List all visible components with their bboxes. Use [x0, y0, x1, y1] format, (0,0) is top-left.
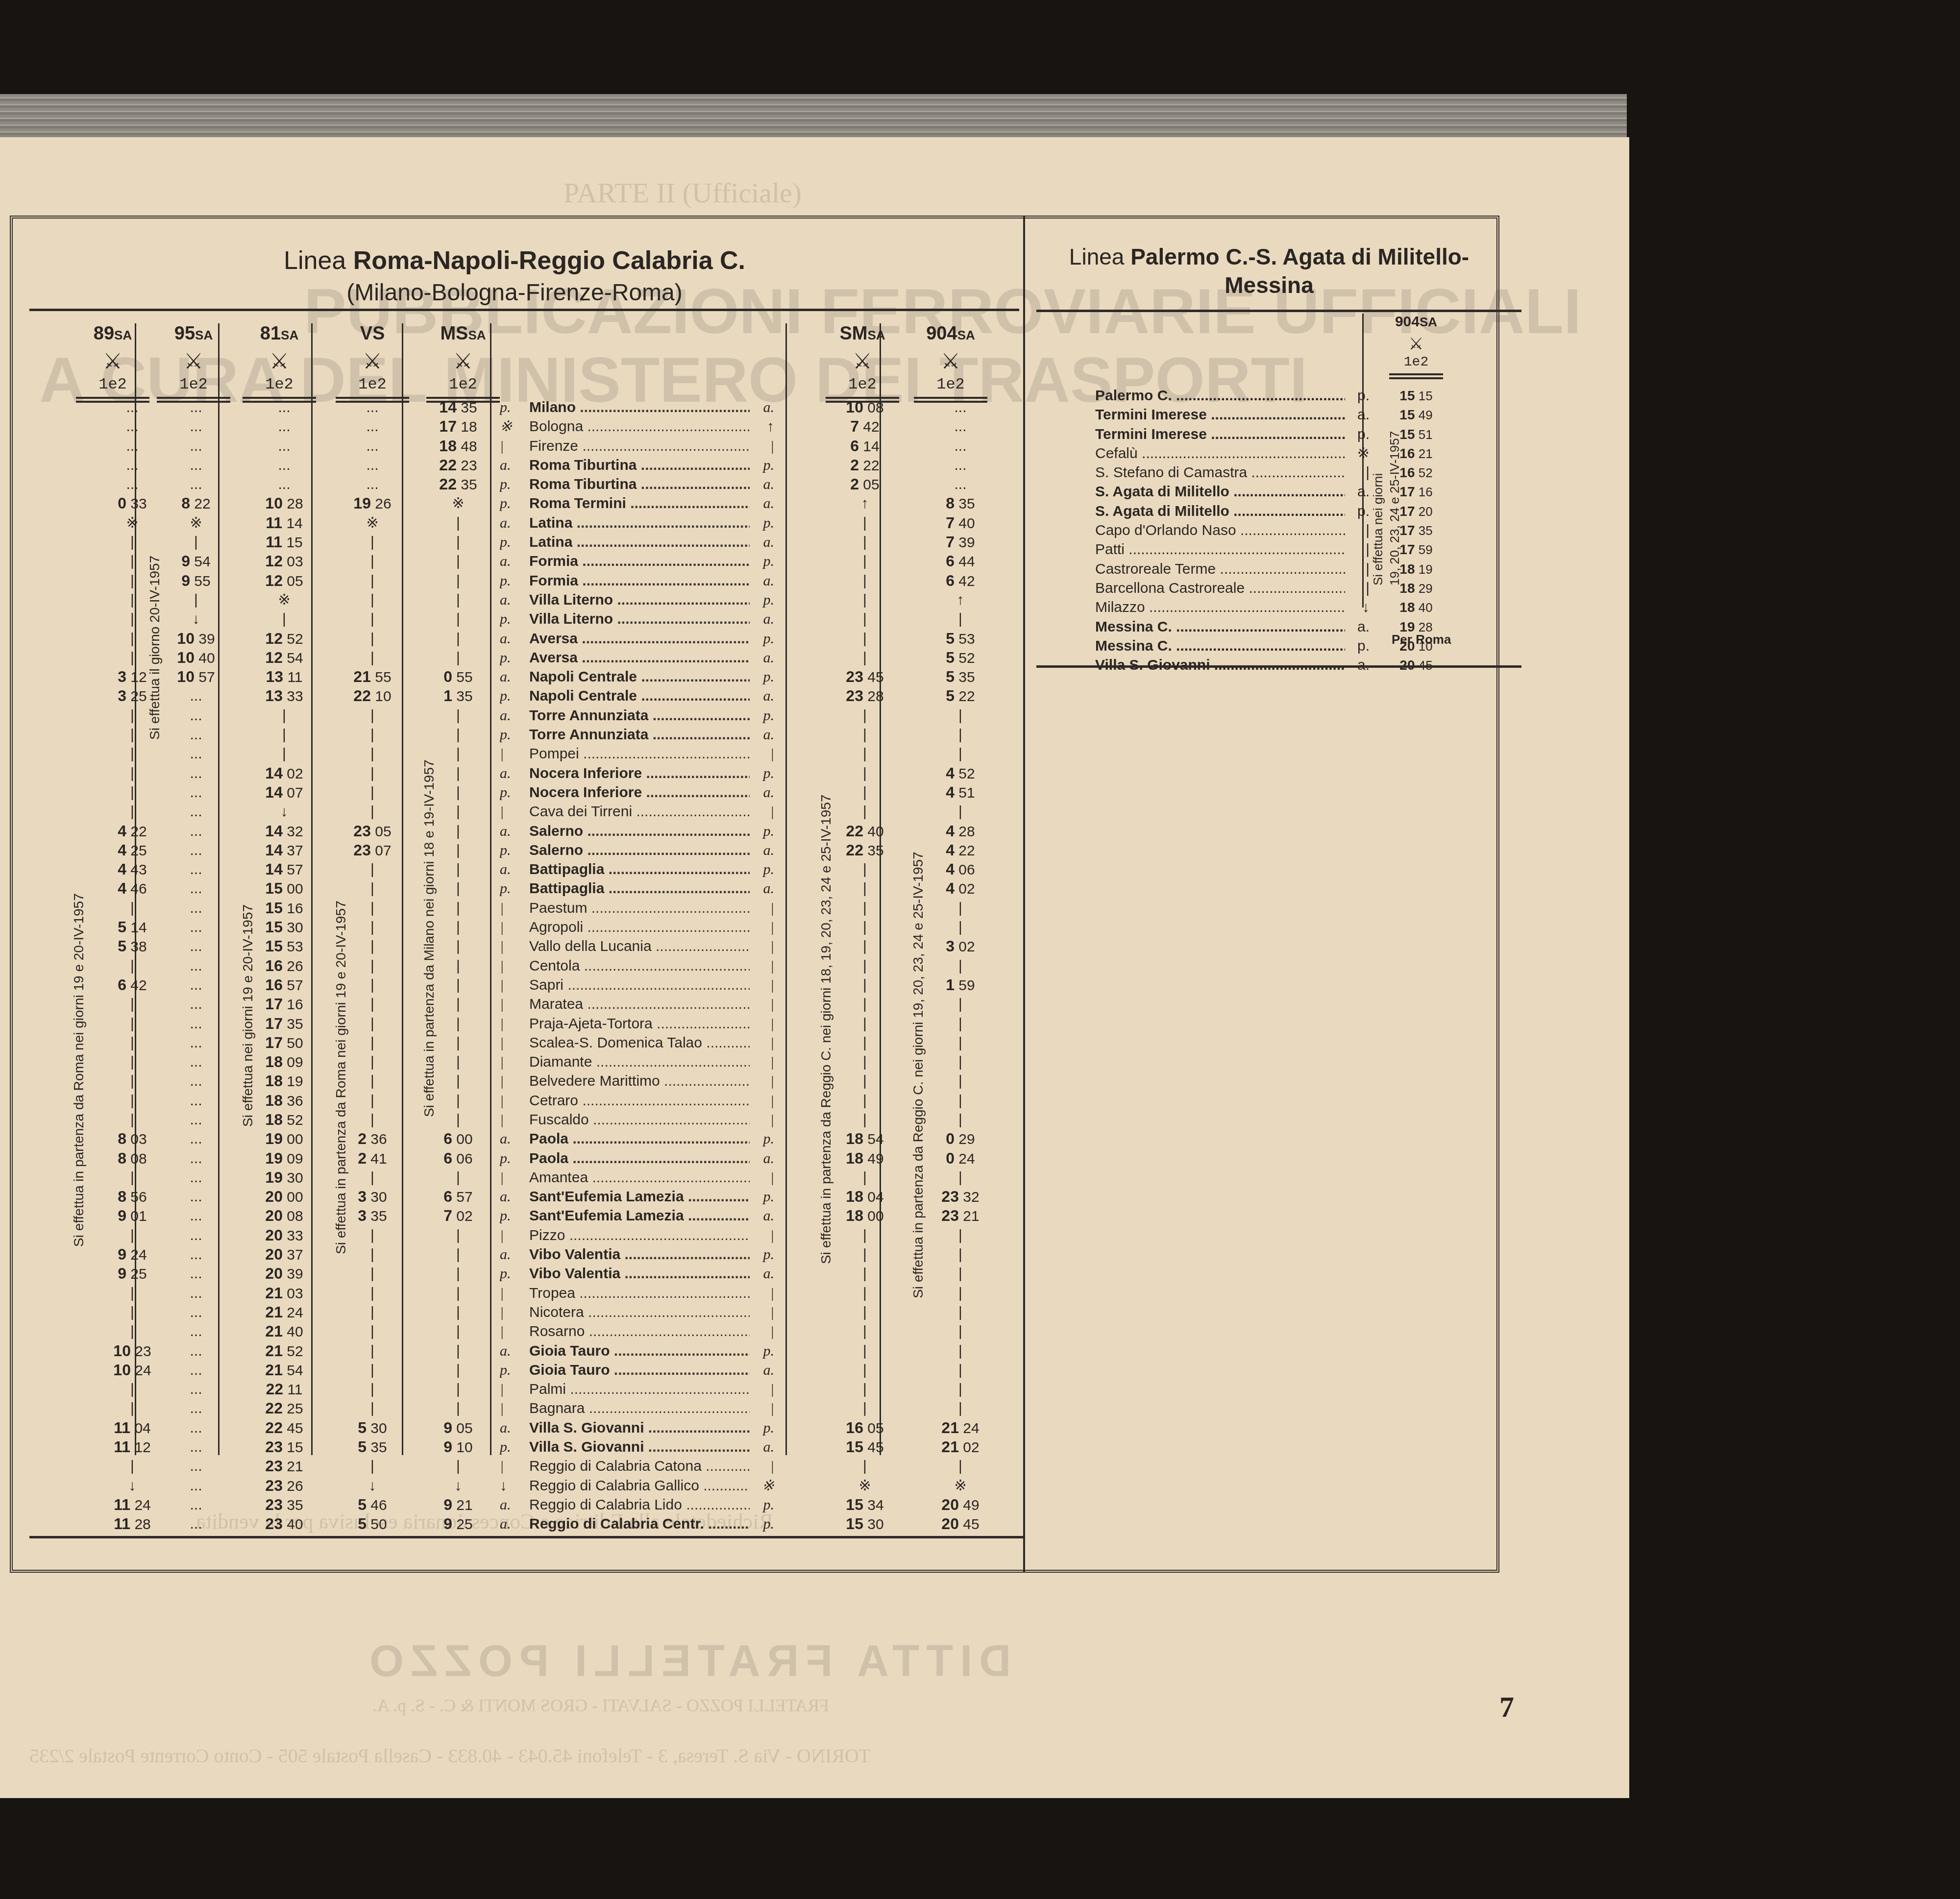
- times-vs: ...............19 26※|||||||21 5522 10||…: [323, 398, 421, 1534]
- time-cell: 16 26: [235, 956, 333, 975]
- arrival-departure-mark: |: [750, 1110, 774, 1129]
- arrival-departure-mark: p.: [500, 1437, 529, 1457]
- time-cell: |: [409, 822, 507, 841]
- station-name: Barcellona Castroreale: [1095, 579, 1345, 598]
- train-column-81sa: 81SA ⚔ 1e2: [230, 323, 328, 407]
- time-cell: ...: [147, 398, 245, 417]
- book-page-edges: [0, 94, 1627, 138]
- ghost-footer-company: DITTA FRATELLI POZZO: [363, 1636, 1011, 1687]
- time-cell: ...: [235, 437, 333, 456]
- time-cell: |: [409, 783, 507, 802]
- station-name: Castroreale Terme: [1095, 560, 1345, 579]
- station-name: Sapri: [529, 975, 750, 995]
- arrival-departure-mark: |: [1345, 521, 1370, 540]
- station-list: p.Milanoa.※Bologna↑|Firenze|a.Roma Tibur…: [500, 398, 774, 1534]
- arrival-departure-mark: |: [500, 1284, 529, 1303]
- station-name: S. Agata di Militello: [1095, 502, 1345, 521]
- station-row: ※Bologna↑: [500, 417, 774, 436]
- time-cell: |: [409, 1399, 507, 1418]
- time-cell: |: [409, 1322, 507, 1341]
- time-cell: 15 16: [235, 899, 333, 918]
- arrival-departure-mark: |: [750, 1033, 774, 1052]
- arrival-departure-mark: a.: [1345, 482, 1370, 501]
- time-cell: 18 36: [235, 1091, 333, 1110]
- time-cell: 6 42: [911, 571, 1009, 590]
- station-row: p.Salernoa.: [500, 841, 774, 860]
- arrival-departure-mark: p.: [750, 513, 774, 533]
- time-cell: 5 50: [323, 1514, 421, 1534]
- time-cell: 18 49: [816, 1149, 914, 1168]
- arrival-departure-mark: p.: [750, 860, 774, 879]
- time-cell: 2 41: [323, 1149, 421, 1168]
- station-row: |Bagnara|: [500, 1399, 774, 1418]
- time-cell: |: [911, 1071, 1009, 1091]
- time-cell: |: [911, 918, 1009, 937]
- arrival-departure-mark: p.: [500, 879, 529, 898]
- title-line-name-1: Palermo C.-S. Agata di Militello-: [1130, 244, 1469, 269]
- arrival-departure-mark: |: [500, 1052, 529, 1071]
- arrival-departure-mark: p.: [500, 571, 529, 590]
- station-row: p.Napoli Centralea.: [500, 686, 774, 706]
- station-row: a.Reggio di Calabria Lidop.: [500, 1495, 774, 1514]
- time-cell: ...: [147, 1245, 245, 1264]
- train-column-vs: VS ⚔ 1e2: [323, 323, 421, 407]
- time-cell: ...: [147, 1264, 245, 1283]
- sleeper-couchette-icon: ⚔: [1382, 333, 1450, 355]
- time-cell: |: [816, 1226, 914, 1245]
- time-cell: ※: [816, 1476, 914, 1495]
- time-cell: |: [409, 1380, 507, 1399]
- station-row: p.Vibo Valentiaa.: [500, 1264, 774, 1283]
- time-cell: 19 30: [235, 1168, 333, 1187]
- arrival-departure-mark: ※: [1345, 444, 1370, 463]
- arrival-departure-mark: a.: [750, 475, 774, 494]
- station-name: Scalea-S. Domenica Talao: [529, 1033, 750, 1052]
- time-cell: 9 05: [409, 1418, 507, 1437]
- station-name: Nicotera: [529, 1303, 750, 1322]
- station-name: Bologna: [529, 417, 750, 436]
- time-cell: |: [911, 899, 1009, 918]
- time-cell: 5 35: [323, 1437, 421, 1457]
- station-name: Palmi: [529, 1380, 750, 1399]
- arrival-departure-mark: a.: [500, 629, 529, 648]
- time-cell: 17 16: [1387, 482, 1445, 501]
- station-row: a.Reggio di Calabria Centr.p.: [500, 1514, 774, 1534]
- time-cell: ...: [147, 1457, 245, 1476]
- station-row: S. Stefano di Camastra|: [1095, 463, 1370, 482]
- time-cell: ↓: [147, 609, 245, 629]
- time-cell: 23 07: [323, 841, 421, 860]
- arrival-departure-mark: a.: [750, 1264, 774, 1283]
- arrival-departure-mark: |: [500, 802, 529, 821]
- arrival-departure-mark: a.: [500, 1129, 529, 1148]
- time-cell: 0 55: [409, 667, 507, 686]
- times-95sa: ...............8 22※|9 549 55|↓10 3910 4…: [147, 398, 245, 1534]
- time-cell: ...: [323, 417, 421, 436]
- time-cell: 4 02: [911, 879, 1009, 898]
- time-cell: 14 35: [409, 398, 507, 417]
- time-cell: 17 20: [1387, 502, 1445, 521]
- time-cell: ...: [147, 764, 245, 783]
- time-cell: 22 45: [235, 1418, 333, 1437]
- arrival-departure-mark: |: [750, 1380, 774, 1399]
- time-cell: 9 25: [409, 1514, 507, 1534]
- time-cell: ...: [147, 899, 245, 918]
- station-name: Maratea: [529, 995, 750, 1014]
- ghost-header: PARTE II (Ufficiale): [563, 176, 802, 209]
- station-row: |Cetraro|: [500, 1091, 774, 1110]
- arrival-departure-mark: p.: [750, 764, 774, 783]
- time-cell: |: [323, 1341, 421, 1361]
- arrival-departure-mark: |: [750, 1303, 774, 1322]
- station-row: a.Paolap.: [500, 1129, 774, 1148]
- left-table-subtitle: (Milano-Bologna-Firenze-Roma): [147, 279, 882, 306]
- time-cell: ...: [323, 398, 421, 417]
- time-cell: 16 57: [235, 975, 333, 995]
- time-cell: |: [816, 860, 914, 879]
- arrival-departure-mark: |: [750, 744, 774, 763]
- station-row: Termini Imeresea.: [1095, 405, 1370, 424]
- time-cell: 23 28: [816, 686, 914, 706]
- station-row: a.Roma Tiburtinap.: [500, 456, 774, 475]
- times-mssa: 14 3517 1818 4822 2322 35※||||||||0 551 …: [409, 398, 507, 1534]
- time-cell: 4 51: [911, 783, 1009, 802]
- time-cell: ...: [147, 1091, 245, 1110]
- station-name: Villa S. Giovanni: [529, 1437, 750, 1457]
- arrival-departure-mark: a.: [500, 822, 529, 841]
- station-name: Gioia Tauro: [529, 1341, 750, 1361]
- arrival-departure-mark: p.: [1345, 636, 1370, 656]
- time-cell: 18 29: [1387, 579, 1445, 598]
- time-cell: ...: [147, 1129, 245, 1148]
- left-table-title: Linea Roma-Napoli-Reggio Calabria C.: [147, 245, 882, 276]
- time-cell: 14 57: [235, 860, 333, 879]
- arrival-departure-mark: p.: [500, 475, 529, 494]
- time-cell: |: [911, 725, 1009, 744]
- time-cell: |: [911, 1033, 1009, 1052]
- time-cell: |: [816, 937, 914, 956]
- time-cell: |: [409, 1033, 507, 1052]
- train-number: 95: [174, 323, 195, 344]
- time-cell: ...: [147, 1399, 245, 1418]
- time-cell: 4 28: [911, 822, 1009, 841]
- time-cell: |: [323, 725, 421, 744]
- time-cell: |: [911, 1264, 1009, 1283]
- arrival-departure-mark: |: [500, 1303, 529, 1322]
- station-row: |Praja-Ajeta-Tortora|: [500, 1014, 774, 1033]
- time-cell: 23 21: [235, 1457, 333, 1476]
- time-cell: |: [816, 1399, 914, 1418]
- time-cell: ※: [409, 494, 507, 513]
- station-name: Diamante: [529, 1052, 750, 1071]
- station-name: Villa Literno: [529, 609, 750, 629]
- ghost-footer-sub: FRATELLI POZZO - SALVATI - GROS MONTI & …: [372, 1695, 829, 1716]
- title-line-name: Roma-Napoli-Reggio Calabria C.: [353, 246, 745, 275]
- arrival-departure-mark: |: [500, 1399, 529, 1418]
- time-cell: 15 00: [235, 879, 333, 898]
- time-cell: 21 24: [235, 1303, 333, 1322]
- time-cell: 23 32: [911, 1187, 1009, 1206]
- header-rule: [29, 309, 1019, 311]
- arrival-departure-mark: |: [500, 918, 529, 937]
- station-name: Formia: [529, 552, 750, 571]
- station-name: Reggio di Calabria Catona: [529, 1457, 750, 1476]
- arrival-departure-mark: |: [500, 1033, 529, 1052]
- station-name: Paestum: [529, 899, 750, 918]
- time-cell: ...: [147, 937, 245, 956]
- sleeper-couchette-icon: ⚔: [145, 348, 243, 375]
- time-cell: |: [323, 1071, 421, 1091]
- arrival-departure-mark: |: [750, 1457, 774, 1476]
- arrival-departure-mark: a.: [750, 879, 774, 898]
- class-label: 1e2: [813, 375, 911, 395]
- time-cell: 18 00: [816, 1206, 914, 1225]
- time-cell: ...: [147, 1206, 245, 1225]
- time-cell: |: [409, 629, 507, 648]
- train-column-smsa: SMSA ⚔ 1e2: [813, 323, 911, 407]
- station-name: Gioia Tauro: [529, 1361, 750, 1380]
- arrival-departure-mark: ↑: [750, 417, 774, 436]
- time-cell: |: [323, 533, 421, 552]
- time-cell: 18 19: [1387, 560, 1445, 579]
- time-cell: ...: [147, 1476, 245, 1495]
- station-name: Reggio di Calabria Lido: [529, 1495, 750, 1514]
- station-name: Centola: [529, 956, 750, 975]
- time-cell: |: [816, 802, 914, 821]
- time-cell: 20 33: [235, 1226, 333, 1245]
- time-cell: |: [816, 629, 914, 648]
- station-name: Salerno: [529, 822, 750, 841]
- station-name: Salerno: [529, 841, 750, 860]
- time-cell: |: [323, 1110, 421, 1129]
- station-row: |Maratea|: [500, 995, 774, 1014]
- station-row: a.Napoli Centralep.: [500, 667, 774, 686]
- time-cell: 22 25: [235, 1399, 333, 1418]
- sicily-station-list: Palermo C.p.Termini Imeresea.Termini Ime…: [1095, 386, 1370, 675]
- arrival-departure-mark: a.: [750, 783, 774, 802]
- time-cell: |: [816, 764, 914, 783]
- time-cell: 10 08: [816, 398, 914, 417]
- station-name: Reggio di Calabria Centr.: [529, 1514, 750, 1534]
- time-cell: |: [911, 1380, 1009, 1399]
- time-cell: 7 40: [911, 513, 1009, 533]
- time-cell: 18 19: [235, 1071, 333, 1091]
- time-cell: |: [323, 1033, 421, 1052]
- time-cell: |: [409, 1226, 507, 1245]
- time-cell: 14 07: [235, 783, 333, 802]
- time-cell: |: [816, 1033, 914, 1052]
- time-cell: 3 02: [911, 937, 1009, 956]
- time-cell: |: [816, 533, 914, 552]
- time-cell: |: [323, 629, 421, 648]
- time-cell: |: [147, 590, 245, 609]
- time-cell: |: [409, 918, 507, 937]
- arrival-departure-mark: |: [1345, 540, 1370, 559]
- station-name: Nocera Inferiore: [529, 783, 750, 802]
- time-cell: 18 48: [409, 437, 507, 456]
- time-cell: |: [816, 706, 914, 725]
- arrival-departure-mark: a.: [500, 1187, 529, 1206]
- time-cell: |: [816, 1014, 914, 1033]
- station-row: p.Latinaa.: [500, 533, 774, 552]
- station-row: a.Latinap.: [500, 513, 774, 533]
- station-name: Battipaglia: [529, 860, 750, 879]
- station-name: Napoli Centrale: [529, 686, 750, 706]
- time-cell: |: [323, 571, 421, 590]
- time-cell: 17 59: [1387, 540, 1445, 559]
- time-cell: |: [816, 956, 914, 975]
- time-cell: ...: [911, 437, 1009, 456]
- station-row: p.Roma Tiburtinaa.: [500, 475, 774, 494]
- station-row: S. Agata di Militelloa.: [1095, 482, 1370, 501]
- time-cell: ...: [147, 744, 245, 763]
- arrival-departure-mark: ↓: [1345, 598, 1370, 617]
- arrival-departure-mark: a.: [750, 1437, 774, 1457]
- time-cell: |: [816, 1071, 914, 1091]
- station-row: |Fuscaldo|: [500, 1110, 774, 1129]
- time-cell: 7 02: [409, 1206, 507, 1225]
- train-suffix: SA: [1420, 315, 1437, 329]
- station-row: a.Gioia Taurop.: [500, 1341, 774, 1361]
- arrival-departure-mark: a.: [750, 841, 774, 860]
- arrival-departure-mark: a.: [500, 1495, 529, 1514]
- time-cell: |: [409, 552, 507, 571]
- time-cell: |: [409, 1303, 507, 1322]
- time-cell: ...: [147, 1303, 245, 1322]
- time-cell: |: [409, 1168, 507, 1187]
- time-cell: |: [409, 975, 507, 995]
- station-row: a.Villa S. Giovannip.: [500, 1418, 774, 1437]
- arrival-departure-mark: a.: [500, 1245, 529, 1264]
- background-dark: [1629, 0, 1960, 1899]
- arrival-departure-mark: p.: [500, 609, 529, 629]
- time-cell: 9 54: [147, 552, 245, 571]
- arrival-departure-mark: p.: [750, 1514, 774, 1534]
- station-name: Pizzo: [529, 1226, 750, 1245]
- time-cell: |: [323, 1014, 421, 1033]
- time-cell: 2 36: [323, 1129, 421, 1148]
- arrival-departure-mark: |: [500, 937, 529, 956]
- time-cell: |: [323, 590, 421, 609]
- station-row: p.Formiaa.: [500, 571, 774, 590]
- time-cell: 18 52: [235, 1110, 333, 1129]
- arrival-departure-mark: a.: [500, 456, 529, 475]
- time-cell: |: [911, 1014, 1009, 1033]
- time-cell: 21 54: [235, 1361, 333, 1380]
- arrival-departure-mark: p.: [500, 1149, 529, 1168]
- time-cell: |: [409, 1457, 507, 1476]
- arrival-departure-mark: |: [750, 956, 774, 975]
- time-cell: ...: [323, 475, 421, 494]
- time-cell: |: [911, 1245, 1009, 1264]
- station-name: Termini Imerese: [1095, 405, 1345, 424]
- arrival-departure-mark: |: [750, 1052, 774, 1071]
- time-cell: ...: [147, 1322, 245, 1341]
- station-row: Cefalù※: [1095, 444, 1370, 463]
- arrival-departure-mark: a.: [500, 1514, 529, 1534]
- time-cell: 9 21: [409, 1495, 507, 1514]
- arrival-departure-mark: p.: [1345, 386, 1370, 405]
- time-cell: ※: [323, 513, 421, 533]
- time-cell: |: [409, 1245, 507, 1264]
- time-cell: |: [816, 1110, 914, 1129]
- time-cell: ...: [147, 1226, 245, 1245]
- arrival-departure-mark: a.: [750, 648, 774, 667]
- time-cell: 17 35: [1387, 521, 1445, 540]
- time-cell: |: [235, 725, 333, 744]
- time-cell: |: [816, 1457, 914, 1476]
- time-cell: |: [323, 860, 421, 879]
- double-rule: [1389, 373, 1443, 379]
- station-row: p.Roma Terminia.: [500, 494, 774, 513]
- station-row: Messina C.a.: [1095, 617, 1370, 636]
- station-row: Milazzo↓: [1095, 598, 1370, 617]
- time-cell: 19 09: [235, 1149, 333, 1168]
- time-cell: ↓: [235, 802, 333, 821]
- class-label: 1e2: [902, 375, 1000, 395]
- arrival-departure-mark: a.: [500, 860, 529, 879]
- time-cell: |: [323, 956, 421, 975]
- time-cell: |: [816, 995, 914, 1014]
- time-cell: 12 05: [235, 571, 333, 590]
- time-cell: 15 45: [816, 1437, 914, 1457]
- time-cell: |: [323, 744, 421, 763]
- time-cell: |: [323, 1245, 421, 1264]
- per-roma-label: Per Roma: [1392, 632, 1451, 647]
- time-cell: ...: [147, 1341, 245, 1361]
- time-cell: 10 57: [147, 667, 245, 686]
- time-cell: |: [323, 1226, 421, 1245]
- table-bottom-rule: [29, 1536, 1024, 1538]
- time-cell: ...: [147, 417, 245, 436]
- time-cell: |: [816, 1052, 914, 1071]
- time-cell: ...: [235, 417, 333, 436]
- station-row: |Amantea|: [500, 1168, 774, 1187]
- time-cell: ...: [911, 398, 1009, 417]
- arrival-departure-mark: |: [750, 975, 774, 995]
- arrival-departure-mark: p.: [500, 1206, 529, 1225]
- time-cell: ...: [147, 1052, 245, 1071]
- time-cell: 11 15: [235, 533, 333, 552]
- time-cell: |: [323, 899, 421, 918]
- station-row: |Nicotera|: [500, 1303, 774, 1322]
- time-cell: 23 21: [911, 1206, 1009, 1225]
- arrival-departure-mark: |: [1345, 560, 1370, 579]
- arrival-departure-mark: |: [750, 437, 774, 456]
- time-cell: |: [816, 1245, 914, 1264]
- arrival-departure-mark: a.: [500, 1341, 529, 1361]
- arrival-departure-mark: |: [750, 1014, 774, 1033]
- station-name: Sant'Eufemia Lamezia: [529, 1187, 750, 1206]
- time-cell: |: [409, 995, 507, 1014]
- time-cell: |: [323, 1091, 421, 1110]
- time-cell: ...: [147, 1110, 245, 1129]
- time-cell: 23 40: [235, 1514, 333, 1534]
- time-cell: 18 40: [1387, 598, 1445, 617]
- time-cell: |: [816, 1380, 914, 1399]
- arrival-departure-mark: p.: [500, 783, 529, 802]
- time-cell: |: [409, 899, 507, 918]
- time-cell: |: [409, 841, 507, 860]
- time-cell: |: [409, 956, 507, 975]
- time-cell: 12 03: [235, 552, 333, 571]
- station-row: p.Nocera Inferiorea.: [500, 783, 774, 802]
- station-row: Palermo C.p.: [1095, 386, 1370, 405]
- time-cell: ...: [147, 995, 245, 1014]
- class-label: 1e2: [1382, 355, 1450, 371]
- arrival-departure-mark: a.: [750, 1361, 774, 1380]
- station-name: Cefalù: [1095, 444, 1345, 463]
